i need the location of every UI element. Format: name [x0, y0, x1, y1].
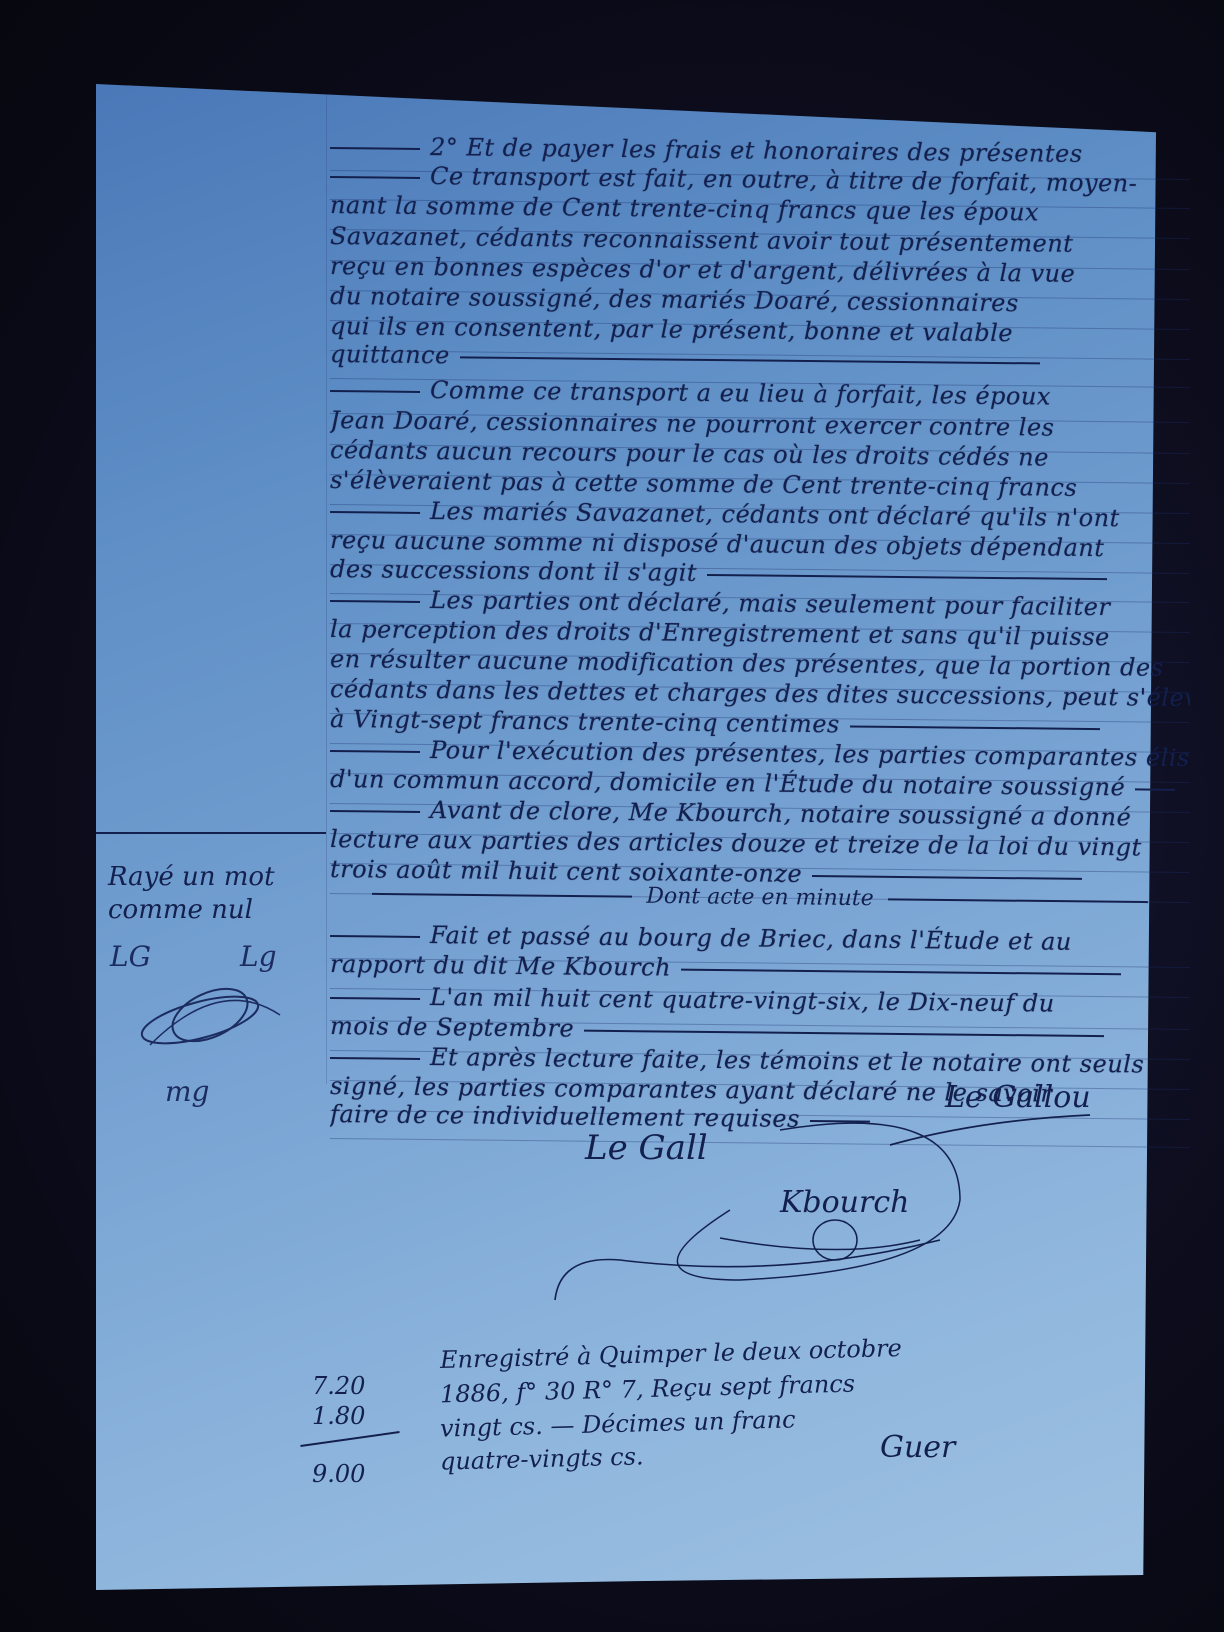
margin-divider [96, 832, 326, 834]
amount-total: 9.00 [312, 1460, 365, 1488]
margin-paraph-icon [130, 985, 290, 1065]
margin-note-line2: comme nul [108, 895, 253, 925]
amount-principal: 7.20 [312, 1372, 365, 1400]
margin-note-line1: Rayé un mot [108, 862, 275, 892]
margin-initials-1: LG [110, 940, 151, 973]
amount-decimes: 1.80 [312, 1402, 365, 1430]
registration-clerk-signature: Guer [880, 1430, 955, 1465]
margin-initials-3: mg [165, 1075, 209, 1108]
notary-flourish-icon [540, 1110, 1020, 1290]
registration-line-4: quatre-vingts cs. [440, 1442, 644, 1475]
margin-initials-2: Lg [240, 940, 277, 973]
margin-rule [326, 84, 327, 1084]
